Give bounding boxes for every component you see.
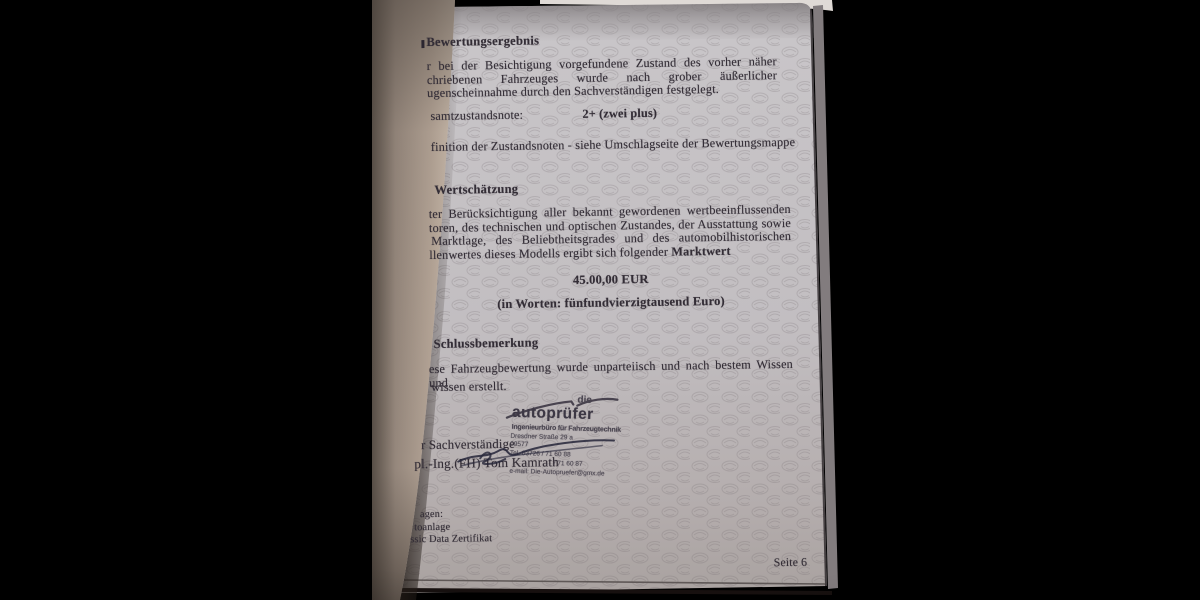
market-value-amount: 45.00,00 EUR (430, 271, 792, 290)
attachments-label: agen: (420, 509, 443, 521)
market-value-word: Marktwert (671, 243, 731, 258)
section-heading-result: Bewertungsergebnis (426, 34, 539, 49)
section-heading-closing: Schlussbemerkung (434, 336, 539, 351)
grade-value: 2+ (zwei plus) (582, 107, 657, 122)
paragraph-line: ugenscheinnahme durch den Sachverständig… (427, 83, 719, 101)
paragraph-line: wissen erstellt. (431, 380, 507, 395)
stamp-brand-top: die (577, 395, 592, 406)
page-number: Seite 6 (774, 556, 808, 570)
attachment-item: toanlage (414, 522, 450, 534)
handwritten-signature (452, 423, 633, 470)
cut-character-fragment (421, 40, 424, 48)
amount-in-words: (in Worten: fünfundvierzigtausend Euro) (430, 294, 792, 313)
stamp-email: e-mail: Die-Autopruefer@gmx.de (509, 468, 604, 478)
attachment-item: ssic Data Zertifikat (410, 533, 492, 546)
document-content: Bewertungsergebnis r bei der Besichtigun… (0, 0, 1200, 600)
grade-definition-note: finition der Zustandsnoten - siehe Umsch… (431, 136, 795, 155)
stamp-brand-main: autoprüfer (512, 404, 594, 424)
photo-of-document: Bewertungsergebnis r bei der Besichtigun… (0, 0, 1200, 600)
paragraph-line: llenwertes dieses Modells ergibt sich fo… (429, 244, 730, 262)
section-heading-valuation: Wertschätzung (434, 183, 518, 198)
grade-label: samtzustandsnote: (430, 109, 523, 124)
